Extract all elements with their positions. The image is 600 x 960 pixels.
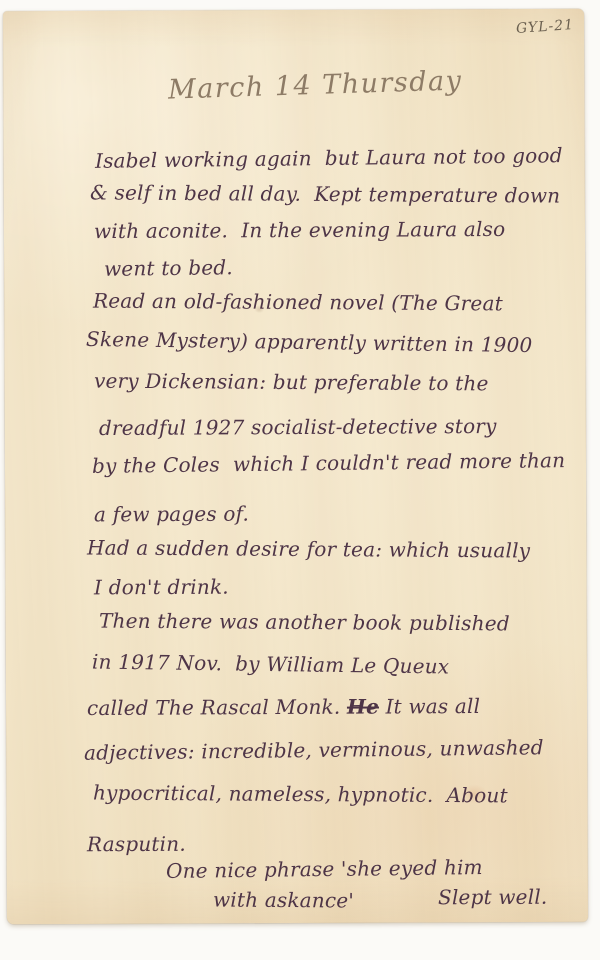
diary-line: & self in bed all day. Kept temperature … — [90, 182, 560, 205]
diary-line: Rasputin. — [87, 834, 186, 855]
diary-line: Read an old-fashioned novel (The Great — [93, 291, 503, 314]
diary-line: I don't drink. — [94, 577, 229, 598]
diary-line: very Dickensian: but preferable to the — [94, 371, 489, 394]
diary-line: a few pages of. — [94, 504, 249, 525]
diary-line: adjectives: incredible, verminous, unwas… — [84, 737, 544, 763]
sign-off: Slept well. — [438, 887, 548, 908]
diary-line: with askance' — [213, 890, 354, 911]
diary-line: Then there was another book published — [99, 611, 510, 634]
struck-out-word: He — [347, 695, 379, 719]
catalog-mark: GYL-21 — [516, 18, 575, 36]
diary-line: called The Rascal Monk. He It was all — [87, 696, 480, 718]
diary-line: in 1917 Nov. by William Le Queux — [92, 652, 450, 677]
diary-line: by the Coles which I couldn't read more … — [92, 450, 565, 476]
diary-line: Had a sudden desire for tea: which usual… — [87, 537, 530, 560]
diary-line: Skene Mystery) apparently written in 190… — [86, 329, 533, 355]
diary-line: went to bed. — [104, 257, 233, 279]
diary-line: dreadful 1927 socialist-detective story — [99, 416, 497, 438]
diary-line: One nice phrase 'she eyed him — [166, 857, 483, 881]
line-segment: called The Rascal Monk. — [87, 695, 347, 720]
diary-line: Isabel working again but Laura not too g… — [95, 145, 563, 171]
diary-line: hypocritical, nameless, hypnotic. About — [93, 783, 508, 806]
diary-line: with aconite. In the evening Laura also — [94, 219, 505, 241]
line-segment: It was all — [379, 694, 480, 719]
